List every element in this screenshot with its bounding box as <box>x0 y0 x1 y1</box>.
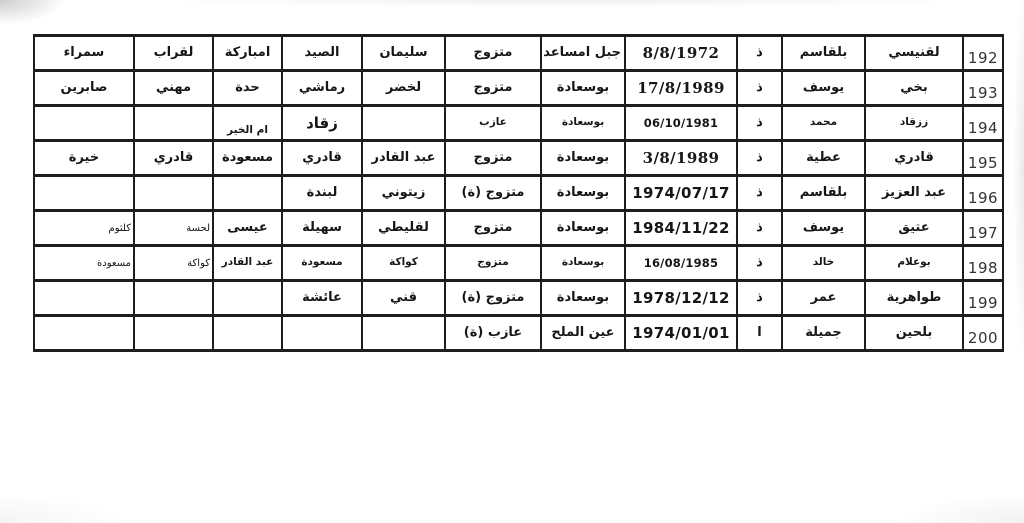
cell-extra-name-3 <box>213 176 282 211</box>
table-row: 192لقنيسيبلقاسمذ8/8/1972جبل امساعدمتزوجس… <box>34 36 1003 71</box>
cell-marital-status: متزوج (ة) <box>445 176 541 211</box>
cell-extra-name-4: قادري <box>134 141 213 176</box>
cell-extra-name-5: خيرة <box>34 141 134 176</box>
scanned-registry-page: 192لقنيسيبلقاسمذ8/8/1972جبل امساعدمتزوجس… <box>0 0 1024 523</box>
cell-extra-name-3: عيسى <box>213 211 282 246</box>
cell-birth-date: 1974/07/17 <box>625 176 737 211</box>
cell-extra-name-4: مهني <box>134 71 213 106</box>
cell-birth-date: 1978/12/12 <box>625 281 737 316</box>
cell-extra-name-3: مسعودة <box>213 141 282 176</box>
cell-row-number: 200 <box>963 316 1003 351</box>
cell-row-number: 196 <box>963 176 1003 211</box>
cell-given-name: بلقاسم <box>782 36 865 71</box>
cell-family-name: بوعلام <box>865 246 963 281</box>
cell-extra-name-1: زيتوني <box>362 176 445 211</box>
cell-extra-name-2: مسعودة <box>282 246 362 281</box>
cell-marital-status: متزوج <box>445 36 541 71</box>
cell-marital-status: عازب <box>445 106 541 141</box>
cell-extra-name-1: كواكة <box>362 246 445 281</box>
cell-extra-name-1: قني <box>362 281 445 316</box>
cell-extra-name-3 <box>213 281 282 316</box>
cell-birth-place: بوسعادة <box>541 281 625 316</box>
cell-birth-place: جبل امساعد <box>541 36 625 71</box>
cell-extra-name-5: سمراء <box>34 36 134 71</box>
cell-extra-name-1: لقليطي <box>362 211 445 246</box>
cell-row-number: 199 <box>963 281 1003 316</box>
cell-birth-place: بوسعادة <box>541 71 625 106</box>
cell-family-name: بخي <box>865 71 963 106</box>
cell-birth-place: عين الملح <box>541 316 625 351</box>
cell-extra-name-3: عبد القادر <box>213 246 282 281</box>
cell-birth-place: بوسعادة <box>541 106 625 141</box>
cell-extra-name-3 <box>213 316 282 351</box>
cell-extra-name-1: لخضر <box>362 71 445 106</box>
cell-extra-name-5: كلثوم <box>34 211 134 246</box>
cell-marital-status: متزوج <box>445 141 541 176</box>
cell-birth-date: 16/08/1985 <box>625 246 737 281</box>
cell-given-name: يوسف <box>782 71 865 106</box>
cell-birth-date: 1974/01/01 <box>625 316 737 351</box>
cell-extra-name-4: لقراب <box>134 36 213 71</box>
cell-family-name: قادري <box>865 141 963 176</box>
cell-given-name: يوسف <box>782 211 865 246</box>
table-row: 193بخييوسفذ17/8/1989بوسعادةمتزوجلخضررماش… <box>34 71 1003 106</box>
cell-row-number: 193 <box>963 71 1003 106</box>
cell-given-name: محمد <box>782 106 865 141</box>
cell-given-name: عمر <box>782 281 865 316</box>
cell-extra-name-4 <box>134 316 213 351</box>
cell-extra-name-2: قادري <box>282 141 362 176</box>
table-row: 197عتيقيوسفذ1984/11/22بوسعادةمتزوجلقليطي… <box>34 211 1003 246</box>
cell-extra-name-4: كواكة <box>134 246 213 281</box>
cell-extra-name-2: سهيلة <box>282 211 362 246</box>
cell-family-name: لقنيسي <box>865 36 963 71</box>
cell-extra-name-2: زقاد <box>282 106 362 141</box>
cell-given-name: بلقاسم <box>782 176 865 211</box>
cell-given-name: عطية <box>782 141 865 176</box>
table-row: 198بوعلامخالدذ16/08/1985بوسعادةمتزوجكواك… <box>34 246 1003 281</box>
cell-birth-date: 1984/11/22 <box>625 211 737 246</box>
cell-extra-name-3: ام الخير <box>213 106 282 141</box>
table-body: 192لقنيسيبلقاسمذ8/8/1972جبل امساعدمتزوجس… <box>34 36 1003 351</box>
cell-extra-name-5 <box>34 106 134 141</box>
cell-marital-status: متزوج (ة) <box>445 281 541 316</box>
cell-extra-name-1 <box>362 106 445 141</box>
cell-extra-name-4 <box>134 106 213 141</box>
cell-marital-status: متزوج <box>445 246 541 281</box>
cell-family-name: ززقاد <box>865 106 963 141</box>
cell-row-number: 192 <box>963 36 1003 71</box>
cell-marital-status: عازب (ة) <box>445 316 541 351</box>
cell-row-number: 197 <box>963 211 1003 246</box>
cell-extra-name-1: سليمان <box>362 36 445 71</box>
cell-gender: ا <box>737 316 782 351</box>
cell-row-number: 195 <box>963 141 1003 176</box>
cell-birth-place: بوسعادة <box>541 176 625 211</box>
cell-birth-place: بوسعادة <box>541 246 625 281</box>
cell-extra-name-4: لحسة <box>134 211 213 246</box>
cell-gender: ذ <box>737 211 782 246</box>
cell-extra-name-4 <box>134 176 213 211</box>
table-row: 194ززقادمحمدذ06/10/1981بوسعادةعازبزقادام… <box>34 106 1003 141</box>
cell-gender: ذ <box>737 176 782 211</box>
cell-birth-place: بوسعادة <box>541 141 625 176</box>
cell-extra-name-2 <box>282 316 362 351</box>
cell-birth-date: 17/8/1989 <box>625 71 737 106</box>
cell-family-name: طواهرية <box>865 281 963 316</box>
cell-given-name: خالد <box>782 246 865 281</box>
cell-gender: ذ <box>737 246 782 281</box>
table-row: 196عبد العزيزبلقاسمذ1974/07/17بوسعادةمتز… <box>34 176 1003 211</box>
cell-birth-place: بوسعادة <box>541 211 625 246</box>
cell-extra-name-1: عبد القادر <box>362 141 445 176</box>
cell-marital-status: متزوج <box>445 211 541 246</box>
table-row: 199طواهريةعمرذ1978/12/12بوسعادةمتزوج (ة)… <box>34 281 1003 316</box>
cell-birth-date: 8/8/1972 <box>625 36 737 71</box>
cell-extra-name-2: الصيد <box>282 36 362 71</box>
cell-family-name: عتيق <box>865 211 963 246</box>
cell-gender: ذ <box>737 106 782 141</box>
cell-gender: ذ <box>737 71 782 106</box>
cell-extra-name-5 <box>34 281 134 316</box>
cell-birth-date: 06/10/1981 <box>625 106 737 141</box>
cell-extra-name-3: حدة <box>213 71 282 106</box>
registry-table: 192لقنيسيبلقاسمذ8/8/1972جبل امساعدمتزوجس… <box>33 34 1004 352</box>
cell-extra-name-5: صابرين <box>34 71 134 106</box>
cell-extra-name-5: مسعودة <box>34 246 134 281</box>
cell-extra-name-4 <box>134 281 213 316</box>
cell-extra-name-5 <box>34 316 134 351</box>
cell-gender: ذ <box>737 36 782 71</box>
cell-extra-name-2: عائشة <box>282 281 362 316</box>
cell-extra-name-2: لبندة <box>282 176 362 211</box>
cell-extra-name-3: امباركة <box>213 36 282 71</box>
cell-extra-name-5 <box>34 176 134 211</box>
cell-row-number: 194 <box>963 106 1003 141</box>
cell-row-number: 198 <box>963 246 1003 281</box>
cell-given-name: جميلة <box>782 316 865 351</box>
cell-family-name: عبد العزيز <box>865 176 963 211</box>
cell-marital-status: متزوج <box>445 71 541 106</box>
cell-family-name: بلحين <box>865 316 963 351</box>
cell-extra-name-1 <box>362 316 445 351</box>
cell-gender: ذ <box>737 141 782 176</box>
cell-extra-name-2: رماشي <box>282 71 362 106</box>
cell-birth-date: 3/8/1989 <box>625 141 737 176</box>
table-row: 195قادريعطيةذ3/8/1989بوسعادةمتزوجعبد الق… <box>34 141 1003 176</box>
cell-gender: ذ <box>737 281 782 316</box>
table-row: 200بلحينجميلةا1974/01/01عين الملحعازب (ة… <box>34 316 1003 351</box>
